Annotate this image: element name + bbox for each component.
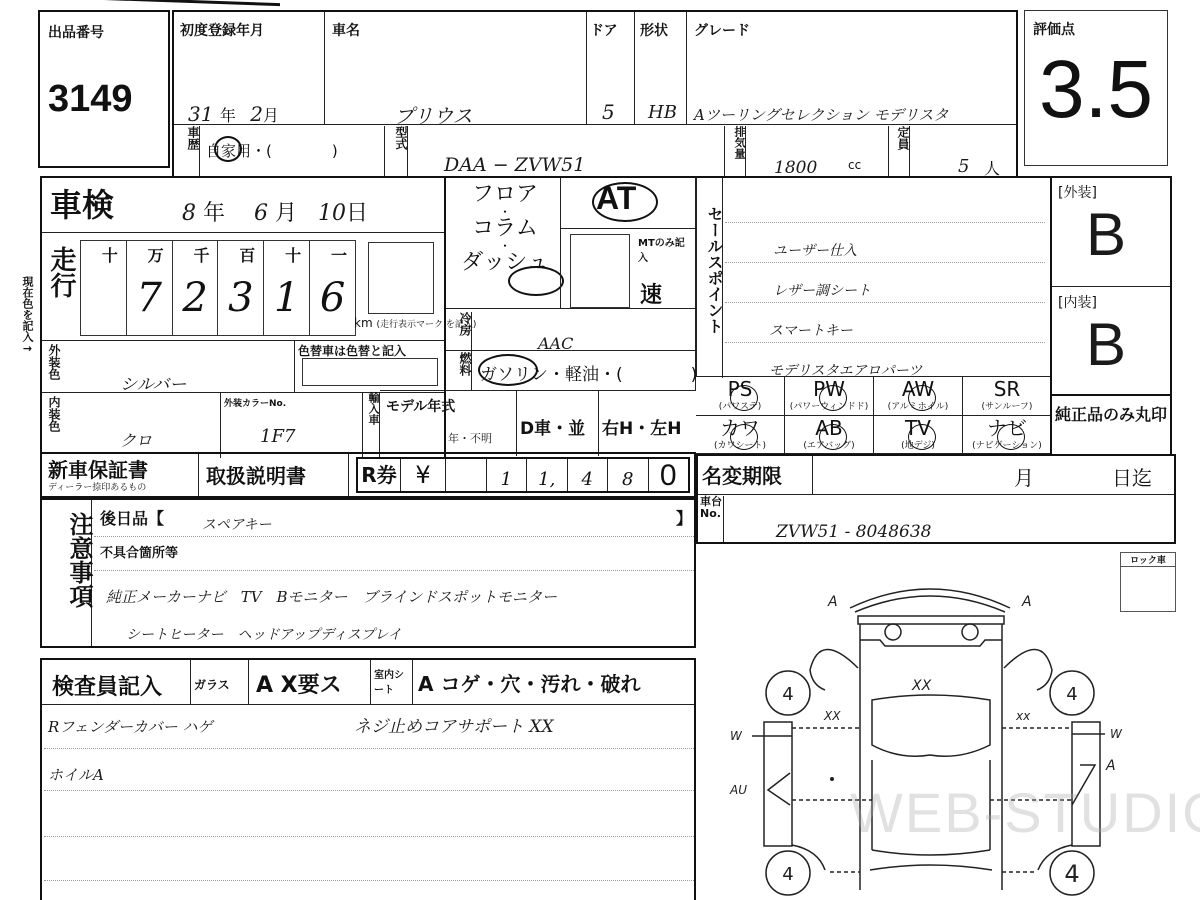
model-year-suffix: 年・不明 (448, 430, 492, 446)
mark-left-fender: XX (823, 709, 841, 723)
doors-label: ドア (590, 20, 618, 40)
equipment-circle (730, 424, 758, 450)
sales-point-3: スマートキー (769, 320, 853, 340)
color-no-value: 1F7 (260, 426, 295, 447)
mileage-digit-cell: 十1 (263, 241, 309, 335)
mileage-label: 走行 (48, 246, 74, 298)
score-label: 評価点 (1033, 19, 1075, 39)
warranty-label: 新車保証書 (48, 454, 148, 483)
doors-value: 5 (602, 100, 615, 124)
recycle-digit: 1, (527, 459, 568, 491)
displacement-label: 排気量 (724, 126, 746, 178)
equipment-PW: PW(パワーウィンドド) (785, 377, 874, 416)
equipment-AW: AW(アルミホイル) (874, 377, 963, 416)
name-change-month: 月 (1014, 462, 1034, 491)
seat-value: A コゲ・穴・汚れ・破れ (418, 668, 640, 697)
tire-fr: 4 (1066, 684, 1077, 705)
interior-color-value: クロ (120, 428, 152, 451)
interior-grade-label: [内装] (1058, 292, 1097, 312)
sales-point-1: ユーザー仕入 (773, 240, 857, 260)
equipment-circle (730, 385, 758, 411)
equipment-PS: PS(パワステ) (696, 377, 785, 416)
sales-points-label: セールスポイント (697, 178, 723, 378)
grade-value: Aツーリングセレクション モデリスタ (694, 104, 948, 125)
inspector-note-left-2: ホイルA (48, 764, 104, 785)
vehicle-header: 初度登録年月 31 年 2月 車名 プリウス ドア 5 形状 HB グレード A… (172, 10, 1018, 178)
model-code: DAA − ZVW51 (444, 154, 585, 176)
equipment-circle (819, 385, 847, 411)
mileage-digit-cell: 万7 (126, 241, 172, 335)
notes-line-2: シートヒーター ヘッドアップディスプレイ (126, 624, 402, 644)
inspector-label: 検査員記入 (52, 670, 162, 701)
equipment-circle (819, 424, 847, 450)
sales-point-2: レザー調シート (773, 280, 871, 300)
mark-front-right: A (1021, 594, 1032, 610)
mileage-mark-box (368, 242, 434, 314)
dealer-value: D車・並 (520, 414, 585, 439)
name-change-label: 名変期限 (702, 460, 782, 489)
notes-label: 注意事項 (42, 500, 92, 646)
fuel-selected-circle (478, 354, 538, 386)
interior-color-label: 内装色 (48, 396, 60, 432)
fuel-label: 燃料 (450, 352, 472, 390)
equipment-ナビ: ナビ(ナビゲーション) (963, 416, 1052, 455)
import-strip: 年・不明 D車・並 右H・左H (380, 390, 696, 456)
registration-info: 名変期限 月 日迄 車台No. ZVW51 - 8048638 (696, 454, 1176, 544)
exterior-color-label: 外装色 (48, 344, 60, 380)
damage-diagram: A A XX XX xx W W AU A 4 4 4 4 WEB-STUDIO… (700, 560, 1200, 900)
recycle-label: R券 (358, 459, 401, 491)
later-items-close: 】 (676, 506, 692, 529)
mileage-digit-cell: 千2 (172, 241, 218, 335)
score-value: 3.5 (1039, 49, 1153, 131)
chassis-label: 車台No. (700, 496, 724, 542)
import-label: 輸入車 (362, 392, 380, 458)
transmission-circle (592, 182, 658, 222)
equipment-AB: AB(エアバッグ) (785, 416, 874, 455)
mileage-digit-cell: 十 (81, 241, 126, 335)
equipment-grid: PS(パワステ)PW(パワーウィンドド)AW(アルミホイル)SR(サンルーフ)カ… (696, 376, 1052, 454)
drivetrain-block: フロア ・ コラム ・ ダッシュ AT MTのみ記入 速 冷房 AAC 燃料 ガ… (446, 176, 696, 390)
mileage-odometer: 十万7千2百3十1一6 (80, 240, 356, 336)
defects-label: 不具合箇所等 (100, 542, 178, 561)
shift-positions: フロア ・ コラム ・ ダッシュ (460, 182, 550, 276)
genuine-note: 純正品のみ丸印 (1050, 396, 1172, 456)
lot-number: 3149 (48, 78, 133, 121)
equipment-SR: SR(サンルーフ) (963, 377, 1052, 416)
displacement-unit: cc (848, 158, 861, 172)
recycle-digit: 0 (649, 459, 689, 491)
inspector-block: 検査員記入 ガラス A X要ス 室内シート A コゲ・穴・汚れ・破れ Rフェンダ… (40, 658, 696, 900)
registration-label: 初度登録年月 (180, 20, 264, 40)
notes-line-1: 純正メーカーナビ TV Bモニター ブラインドスポットモニター (106, 586, 557, 607)
car-name-label: 車名 (332, 20, 360, 40)
inspection-date: 8 年 6 月 10日 (182, 196, 368, 227)
manual-label: 取扱説明書 (206, 460, 306, 489)
color-no-label: 外装カラーNo. (224, 396, 286, 409)
mark-left-door: AU (729, 783, 747, 797)
recycle-digit: 8 (608, 459, 649, 491)
later-items-label: 後日品【 (100, 506, 164, 529)
grade-label: グレード (694, 20, 750, 40)
lot-number-box: 出品番号 3149 (38, 10, 170, 168)
inspection-label: 車検 (50, 180, 114, 226)
tire-rl: 4 (782, 864, 793, 885)
repaint-field (302, 358, 438, 386)
exterior-grade-value: B (1086, 200, 1126, 269)
glass-value: A X要ス (256, 668, 342, 699)
model-code-label: 型式 (384, 126, 408, 178)
current-color-note: 現在色を記入→ (22, 276, 33, 355)
score-box: 評価点 3.5 (1024, 10, 1168, 166)
chassis-number: ZVW51 - 8048638 (776, 522, 931, 542)
gear-count-box (570, 234, 630, 308)
capacity-value: 5 (958, 156, 969, 177)
history-selected-circle (214, 136, 242, 162)
interior-grade-value: B (1086, 310, 1126, 379)
name-change-day: 日迄 (1112, 462, 1152, 491)
aircon-label: 冷房 (450, 312, 472, 352)
recycle-fee: R券¥11,480 (356, 457, 690, 493)
notes-block: 注意事項 後日品【 スペアキー 】 不具合箇所等 純正メーカーナビ TV Bモニ… (40, 498, 696, 648)
capacity-label: 定員 (888, 126, 910, 178)
tire-fl: 4 (782, 684, 793, 705)
equipment-circle (908, 424, 936, 450)
mark-right-w: W (1110, 727, 1123, 741)
currency-symbol: ¥ (401, 459, 446, 491)
seat-label: 室内シート (374, 666, 408, 696)
mileage-digit-cell: 一6 (309, 241, 355, 335)
equipment-TV: TV(地デジ) (874, 416, 963, 455)
equipment-circle (908, 385, 936, 411)
later-items-value: スペアキー (202, 514, 271, 534)
mark-right-fender: xx (1015, 709, 1031, 723)
mark-right-door: A (1105, 758, 1116, 774)
equipment-circle (997, 424, 1025, 450)
mark-front-left: A (827, 594, 838, 610)
watermark: WEB-STUDIO.PRO (850, 781, 1200, 844)
tire-rr: 4 (1064, 860, 1079, 888)
mileage-digit-cell: 百3 (217, 241, 263, 335)
inspector-note-left-1: Rフェンダーカバー ハゲ (48, 716, 212, 737)
body-type-value: HB (648, 102, 677, 123)
mark-hood: XX (911, 678, 932, 694)
warranty-sub: ディーラー捺印あるもの (48, 480, 146, 493)
car-name: プリウス (394, 100, 473, 129)
glass-label: ガラス (194, 676, 230, 693)
history-label: 車歴 (178, 126, 200, 178)
registration-date: 31 年 2月 (188, 102, 279, 126)
steering-value: 右H・左H (602, 414, 681, 439)
body-type-label: 形状 (640, 20, 668, 40)
lot-label: 出品番号 (48, 22, 104, 42)
equipment-カワ: カワ(カワシート) (696, 416, 785, 455)
sales-points-block: セールスポイント ユーザー仕入 レザー調シート スマートキー モデリスタエアロパ… (696, 176, 1050, 376)
recycle-digit: 4 (568, 459, 609, 491)
condition-grades: [外装] B [内装] B (1050, 176, 1172, 396)
repaint-label: 色替車は色替と記入 (298, 342, 406, 359)
shift-selected-circle (508, 266, 564, 296)
recycle-digit: 1 (487, 459, 528, 491)
exterior-grade-label: [外装] (1058, 182, 1097, 202)
mark-left-w: W (730, 729, 743, 743)
mt-note: MTのみ記入 (638, 234, 688, 264)
inspector-note-right-1: ネジ止めコアサポート XX (354, 712, 554, 737)
recycle-digit (446, 459, 487, 491)
speed-label: 速 (640, 278, 662, 309)
documents-row: 新車保証書 ディーラー捺印あるもの 取扱説明書 R券¥11,480 (40, 452, 696, 498)
displacement-value: 1800 (774, 158, 817, 178)
